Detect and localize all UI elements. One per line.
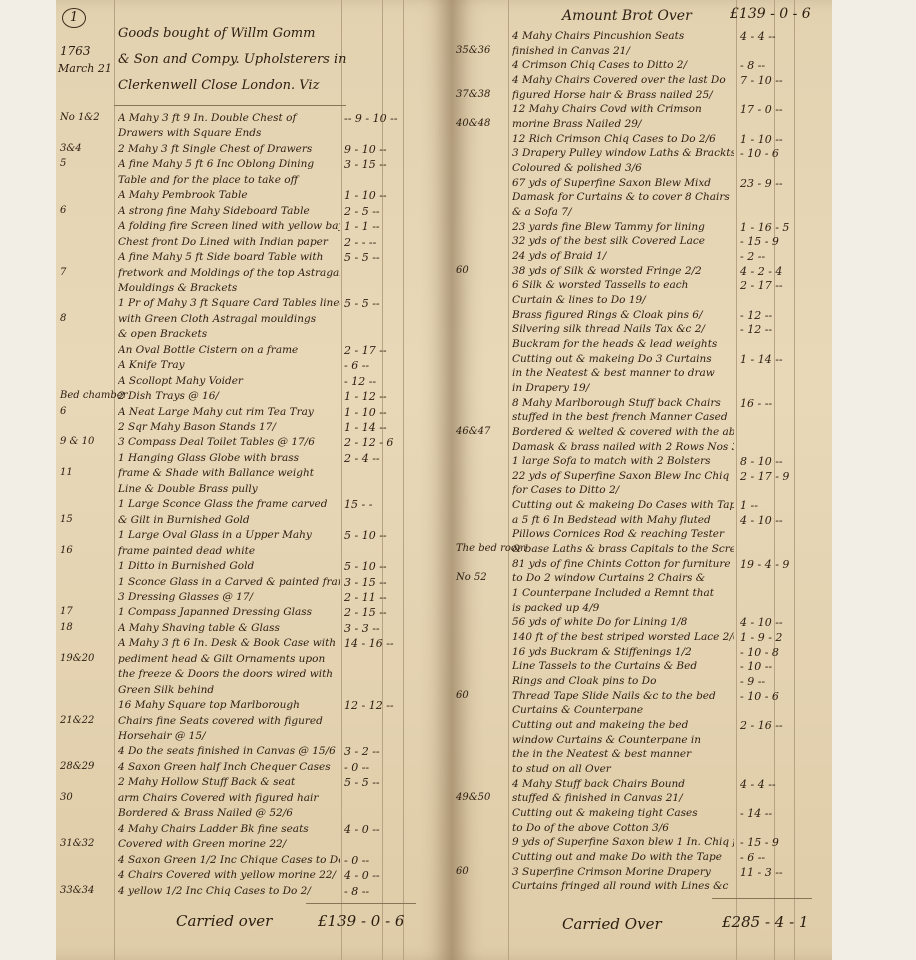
item-description: for Cases to Ditto 2/ bbox=[512, 484, 734, 497]
item-description: 4 Saxon Green 1/2 Inc Chique Cases to Do bbox=[118, 854, 340, 867]
pence-rule bbox=[794, 0, 795, 960]
item-description: Table and for the place to take off bbox=[118, 174, 340, 187]
item-description: 38 yds of Silk & worsted Fringe 2/2 bbox=[512, 265, 734, 278]
margin-note: 60 bbox=[456, 690, 469, 701]
item-description: 56 yds of white Do for Lining 1/8 bbox=[512, 616, 734, 629]
item-amount: 23 - 9 -- bbox=[740, 177, 783, 190]
pounds-rule bbox=[341, 0, 342, 960]
item-description: 1 Hanging Glass Globe with brass bbox=[118, 452, 340, 465]
margin-note: 60 bbox=[456, 265, 469, 276]
item-description: Green Silk behind bbox=[118, 684, 340, 697]
item-amount: 3 - 15 -- bbox=[344, 576, 387, 589]
item-description: fretwork and Moldings of the top Astraga… bbox=[118, 267, 340, 280]
item-description: A Mahy Shaving table & Glass bbox=[118, 622, 340, 635]
item-amount: 2 - 5 -- bbox=[344, 205, 380, 218]
item-description: 1 Large Oval Glass in a Upper Mahy bbox=[118, 529, 340, 542]
item-amount: 5 - 10 -- bbox=[344, 560, 387, 573]
sum-line bbox=[306, 903, 416, 904]
item-description: Horsehair @ 15/ bbox=[118, 730, 340, 743]
item-amount: - 12 -- bbox=[740, 323, 772, 336]
item-amount: 2 - 15 -- bbox=[344, 606, 387, 619]
item-amount: - 10 - 6 bbox=[740, 690, 779, 703]
item-description: 3 Dressing Glasses @ 17/ bbox=[118, 591, 340, 604]
item-amount: 4 - 4 -- bbox=[740, 30, 776, 43]
brought-over-amount: £139 - 0 - 6 bbox=[730, 6, 811, 22]
item-description: Line Tassels to the Curtains & Bed bbox=[512, 660, 734, 673]
item-description: 1 Pr of Mahy 3 ft Square Card Tables lin… bbox=[118, 297, 340, 310]
item-amount: - 10 - 6 bbox=[740, 147, 779, 160]
item-amount: - 12 -- bbox=[344, 375, 376, 388]
margin-note: 33&34 bbox=[60, 885, 94, 896]
item-description: 81 yds of fine Chints Cotton for furnitu… bbox=[512, 558, 734, 571]
item-amount: - 10 -- bbox=[740, 660, 772, 673]
heading-line-1: Goods bought of Willm Gomm bbox=[118, 26, 315, 41]
entry-year: 1763 bbox=[60, 44, 91, 58]
item-description: Curtains fringed all round with Lines &c bbox=[512, 880, 734, 893]
item-description: 1 Sconce Glass in a Carved & painted fra… bbox=[118, 576, 340, 589]
item-amount: - 8 -- bbox=[344, 885, 369, 898]
item-description: Covered with Green morine 22/ bbox=[118, 838, 340, 851]
item-amount: - 15 - 9 bbox=[740, 235, 779, 248]
margin-note: 19&20 bbox=[60, 653, 94, 664]
item-amount: 8 - 10 -- bbox=[740, 455, 783, 468]
item-description: to Do 2 window Curtains 2 Chairs & bbox=[512, 572, 734, 585]
item-description: 2 Sqr Mahy Bason Stands 17/ bbox=[118, 421, 340, 434]
item-description: A Mahy Pembrook Table bbox=[118, 189, 340, 202]
item-amount: 3 - 15 -- bbox=[344, 158, 387, 171]
item-description: A Mahy 3 ft 6 In. Desk & Book Case with bbox=[118, 637, 340, 650]
item-description: Bordered & Brass Nailed @ 52/6 bbox=[118, 807, 340, 820]
item-description: Curtains & Counterpane bbox=[512, 704, 734, 717]
item-description: 67 yds of Superfine Saxon Blew Mixd bbox=[512, 177, 734, 190]
item-description: 1 large Sofa to match with 2 Bolsters bbox=[512, 455, 734, 468]
item-amount: 5 - 10 -- bbox=[344, 529, 387, 542]
margin-note: 17 bbox=[60, 606, 73, 617]
item-description: A Neat Large Mahy cut rim Tea Tray bbox=[118, 406, 340, 419]
right-page: Amount Brot Over £139 - 0 - 6 4 Mahy Cha… bbox=[452, 0, 832, 960]
margin-note: 15 bbox=[60, 514, 73, 525]
item-amount: 5 - 5 -- bbox=[344, 251, 380, 264]
left-page: 1 1763 March 21 Goods bought of Willm Go… bbox=[56, 0, 452, 960]
item-description: 8 Mahy Marlborough Stuff back Chairs bbox=[512, 397, 734, 410]
item-description: in the Neatest & best manner to draw bbox=[512, 367, 734, 380]
margin-rule bbox=[114, 0, 115, 960]
item-description: frame & Shade with Ballance weight bbox=[118, 467, 340, 480]
item-description: A fine Mahy 5 ft Side board Table with bbox=[118, 251, 340, 264]
margin-note: 35&36 bbox=[456, 45, 490, 56]
item-description: Buckram for the heads & lead weights bbox=[512, 338, 734, 351]
item-description: 4 Mahy Chairs Covered over the last Do bbox=[512, 74, 734, 87]
item-description: the in the Neatest & best manner bbox=[512, 748, 734, 761]
item-amount: 2 - 16 -- bbox=[740, 719, 783, 732]
item-description: pediment head & Gilt Ornaments upon bbox=[118, 653, 340, 666]
margin-note: 49&50 bbox=[456, 792, 490, 803]
entry-date: March 21 bbox=[58, 62, 112, 75]
item-description: 23 yards fine Blew Tammy for lining bbox=[512, 221, 734, 234]
item-description: 140 ft of the best striped worsted Lace … bbox=[512, 631, 734, 644]
margin-note: 9 & 10 bbox=[60, 436, 94, 447]
margin-note: No 52 bbox=[456, 572, 487, 583]
item-description: & open Brackets bbox=[118, 328, 340, 341]
item-description: & Gilt in Burnished Gold bbox=[118, 514, 340, 527]
item-description: 22 yds of Superfine Saxon Blew Inc Chiq bbox=[512, 470, 734, 483]
item-amount: 3 - 3 -- bbox=[344, 622, 380, 635]
item-description: & base Laths & brass Capitals to the Scr… bbox=[512, 543, 734, 556]
item-amount: 15 - - bbox=[344, 498, 372, 511]
item-amount: - 9 -- bbox=[740, 675, 765, 688]
item-description: 4 Mahy Chairs Ladder Bk fine seats bbox=[118, 823, 340, 836]
margin-note: 28&29 bbox=[60, 761, 94, 772]
item-description: 12 Rich Crimson Chiq Cases to Do 2/6 bbox=[512, 133, 734, 146]
item-amount: - 8 -- bbox=[740, 59, 765, 72]
item-description: 1 Compass Japanned Dressing Glass bbox=[118, 606, 340, 619]
item-description: 3 Superfine Crimson Morine Drapery bbox=[512, 866, 734, 879]
pence-rule bbox=[403, 0, 404, 960]
item-description: Cutting out & makeing Do 3 Curtains bbox=[512, 353, 734, 366]
page-number: 1 bbox=[62, 8, 86, 28]
item-description: 3 Drapery Pulley window Laths & Brackts bbox=[512, 147, 734, 160]
margin-note: 21&22 bbox=[60, 715, 94, 726]
brought-over-label: Amount Brot Over bbox=[562, 8, 692, 24]
item-description: arm Chairs Covered with figured hair bbox=[118, 792, 340, 805]
item-description: the freeze & Doors the doors wired with bbox=[118, 668, 340, 681]
heading-underline bbox=[114, 105, 346, 106]
item-description: 16 Mahy Square top Marlborough bbox=[118, 699, 340, 712]
item-description: Bordered & welted & covered with the abo… bbox=[512, 426, 734, 439]
item-description: A Scollopt Mahy Voider bbox=[118, 375, 340, 388]
item-amount: 1 - 14 -- bbox=[344, 421, 387, 434]
item-description: 4 yellow 1/2 Inc Chiq Cases to Do 2/ bbox=[118, 885, 340, 898]
item-amount: - 2 -- bbox=[740, 250, 765, 263]
item-description: stuffed & finished in Canvas 21/ bbox=[512, 792, 734, 805]
margin-note: 30 bbox=[60, 792, 73, 803]
carried-over-amount: £285 - 4 - 1 bbox=[722, 913, 808, 931]
item-description: figured Horse hair & Brass nailed 25/ bbox=[512, 89, 734, 102]
margin-note: 8 bbox=[60, 313, 66, 324]
item-description: A fine Mahy 5 ft 6 Inc Oblong Dining bbox=[118, 158, 340, 171]
item-description: Line & Double Brass pully bbox=[118, 483, 340, 496]
item-description: Damask & brass nailed with 2 Rows Nos 39 bbox=[512, 441, 734, 454]
item-description: Chairs fine Seats covered with figured bbox=[118, 715, 340, 728]
item-amount: - 14 -- bbox=[740, 807, 772, 820]
item-amount: 9 - 10 -- bbox=[344, 143, 387, 156]
item-description: 2 Mahy 3 ft Single Chest of Drawers bbox=[118, 143, 340, 156]
item-amount: - 10 - 8 bbox=[740, 646, 779, 659]
margin-note: 31&32 bbox=[60, 838, 94, 849]
item-description: A Mahy 3 ft 9 In. Double Chest of bbox=[118, 112, 340, 125]
item-amount: 19 - 4 - 9 bbox=[740, 558, 789, 571]
item-description: 4 Crimson Chiq Cases to Ditto 2/ bbox=[512, 59, 734, 72]
margin-note: 40&48 bbox=[456, 118, 490, 129]
item-amount: 1 - 14 -- bbox=[740, 353, 783, 366]
item-description: 32 yds of the best silk Covered Lace bbox=[512, 235, 734, 248]
margin-note: 11 bbox=[60, 467, 73, 478]
item-amount: -- 9 - 10 -- bbox=[344, 112, 398, 125]
item-description: finished in Canvas 21/ bbox=[512, 45, 734, 58]
margin-note: No 1&2 bbox=[60, 112, 100, 123]
item-description: Pillows Cornices Rod & reaching Tester bbox=[512, 528, 734, 541]
item-description: Cutting out and make Do with the Tape bbox=[512, 851, 734, 864]
item-description: 1 Counterpane Included a Remnt that bbox=[512, 587, 734, 600]
item-description: Chest front Do Lined with Indian paper bbox=[118, 236, 340, 249]
item-description: An Oval Bottle Cistern on a frame bbox=[118, 344, 340, 357]
item-amount: 1 -- bbox=[740, 499, 758, 512]
item-amount: 4 - 0 -- bbox=[344, 869, 380, 882]
margin-note: 37&38 bbox=[456, 89, 490, 100]
item-amount: 2 - 17 -- bbox=[344, 344, 387, 357]
item-description: 4 Mahy Stuff back Chairs Bound bbox=[512, 778, 734, 791]
item-description: Thread Tape Slide Nails &c to the bed bbox=[512, 690, 734, 703]
item-amount: 14 - 16 -- bbox=[344, 637, 394, 650]
margin-note: 3&4 bbox=[60, 143, 82, 154]
item-amount: 4 - 10 -- bbox=[740, 616, 783, 629]
item-description: Rings and Cloak pins to Do bbox=[512, 675, 734, 688]
heading-line-3: Clerkenwell Close London. Viz bbox=[118, 78, 319, 93]
item-description: morine Brass Nailed 29/ bbox=[512, 118, 734, 131]
item-description: 4 Do the seats finished in Canvas @ 15/6 bbox=[118, 745, 340, 758]
item-description: Cutting out & makeing tight Cases bbox=[512, 807, 734, 820]
item-amount: 1 - 12 -- bbox=[344, 390, 387, 403]
item-amount: 12 - 12 -- bbox=[344, 699, 394, 712]
item-description: 4 Chairs Covered with yellow morine 22/ bbox=[118, 869, 340, 882]
margin-note: 60 bbox=[456, 866, 469, 877]
item-description: 1 Ditto in Burnished Gold bbox=[118, 560, 340, 573]
item-amount: 16 - -- bbox=[740, 397, 772, 410]
item-description: 12 Mahy Chairs Covd with Crimson bbox=[512, 103, 734, 116]
item-description: 2 Dish Trays @ 16/ bbox=[118, 390, 340, 403]
item-amount: 2 - - -- bbox=[344, 236, 376, 249]
item-amount: 2 - 4 -- bbox=[344, 452, 380, 465]
item-description: Drawers with Square Ends bbox=[118, 127, 340, 140]
item-amount: 2 - 11 -- bbox=[344, 591, 387, 604]
ledger-book: 1 1763 March 21 Goods bought of Willm Go… bbox=[56, 0, 866, 960]
item-description: A strong fine Mahy Sideboard Table bbox=[118, 205, 340, 218]
item-amount: 2 - 17 - 9 bbox=[740, 470, 789, 483]
item-description: frame painted dead white bbox=[118, 545, 340, 558]
item-description: 2 Mahy Hollow Stuff Back & seat bbox=[118, 776, 340, 789]
item-amount: 4 - 10 -- bbox=[740, 514, 783, 527]
sum-line bbox=[712, 898, 812, 899]
item-amount: - 12 -- bbox=[740, 309, 772, 322]
heading-line-2: & Son and Compy. Upholsterers in bbox=[118, 52, 347, 67]
item-description: 1 Large Sconce Glass the frame carved bbox=[118, 498, 340, 511]
item-description: stuffed in the best french Manner Cased bbox=[512, 411, 734, 424]
item-amount: 5 - 5 -- bbox=[344, 776, 380, 789]
item-description: with Green Cloth Astragal mouldings bbox=[118, 313, 340, 326]
item-amount: 1 - 16 - 5 bbox=[740, 221, 789, 234]
item-description: Damask for Curtains & to cover 8 Chairs bbox=[512, 191, 734, 204]
item-description: a 5 ft 6 In Bedstead with Mahy fluted bbox=[512, 514, 734, 527]
item-description: Silvering silk thread Nails Tax &c 2/ bbox=[512, 323, 734, 336]
item-description: 4 Saxon Green half Inch Chequer Cases bbox=[118, 761, 340, 774]
item-amount: 1 - 9 - 2 bbox=[740, 631, 782, 644]
pounds-rule bbox=[736, 0, 737, 960]
item-description: 3 Compass Deal Toilet Tables @ 17/6 bbox=[118, 436, 340, 449]
item-description: is packed up 4/9 bbox=[512, 602, 734, 615]
item-description: window Curtains & Counterpane in bbox=[512, 734, 734, 747]
item-description: 4 Mahy Chairs Pincushion Seats bbox=[512, 30, 734, 43]
margin-note: 5 bbox=[60, 158, 66, 169]
item-amount: 1 - 10 -- bbox=[344, 189, 387, 202]
item-amount: 5 - 5 -- bbox=[344, 297, 380, 310]
item-description: 16 yds Buckram & Stiffenings 1/2 bbox=[512, 646, 734, 659]
item-amount: 1 - 10 -- bbox=[740, 133, 783, 146]
item-amount: - 0 -- bbox=[344, 761, 369, 774]
item-description: in Drapery 19/ bbox=[512, 382, 734, 395]
item-amount: 1 - 10 -- bbox=[344, 406, 387, 419]
item-amount: 4 - 0 -- bbox=[344, 823, 380, 836]
margin-note: 7 bbox=[60, 267, 66, 278]
item-amount: - 6 -- bbox=[740, 851, 765, 864]
margin-note: 6 bbox=[60, 205, 66, 216]
item-description: Curtain & lines to Do 19/ bbox=[512, 294, 734, 307]
item-amount: - 0 -- bbox=[344, 854, 369, 867]
item-amount: 17 - 0 -- bbox=[740, 103, 783, 116]
carried-over-amount: £139 - 0 - 6 bbox=[318, 912, 404, 930]
margin-note: 46&47 bbox=[456, 426, 490, 437]
item-amount: 2 - 12 - 6 bbox=[344, 436, 393, 449]
item-description: Cutting out and makeing the bed bbox=[512, 719, 734, 732]
margin-note: 16 bbox=[60, 545, 73, 556]
item-amount: 11 - 3 -- bbox=[740, 866, 783, 879]
carried-over-label: Carried Over bbox=[562, 915, 662, 933]
item-description: to Do of the above Cotton 3/6 bbox=[512, 822, 734, 835]
item-description: Mouldings & Brackets bbox=[118, 282, 340, 295]
item-description: Coloured & polished 3/6 bbox=[512, 162, 734, 175]
item-amount: 1 - 1 -- bbox=[344, 220, 380, 233]
item-amount: 2 - 17 -- bbox=[740, 279, 783, 292]
item-description: 9 yds of Superfine Saxon blew 1 In. Chiq… bbox=[512, 836, 734, 849]
item-description: 6 Silk & worsted Tassells to each bbox=[512, 279, 734, 292]
item-description: Brass figured Rings & Cloak pins 6/ bbox=[512, 309, 734, 322]
item-description: & a Sofa 7/ bbox=[512, 206, 734, 219]
item-description: to stud on all Over bbox=[512, 763, 734, 776]
item-description: A folding fire Screen lined with yellow … bbox=[118, 220, 340, 233]
item-description: A Knife Tray bbox=[118, 359, 340, 372]
item-amount: - 6 -- bbox=[344, 359, 369, 372]
item-description: 24 yds of Braid 1/ bbox=[512, 250, 734, 263]
item-amount: - 15 - 9 bbox=[740, 836, 779, 849]
item-description: Cutting out & makeing Do Cases with Tape bbox=[512, 499, 734, 512]
item-amount: 4 - 4 -- bbox=[740, 778, 776, 791]
margin-note: 6 bbox=[60, 406, 66, 417]
margin-rule bbox=[508, 0, 509, 960]
item-amount: 4 - 2 - 4 bbox=[740, 265, 782, 278]
margin-note: 18 bbox=[60, 622, 73, 633]
item-amount: 7 - 10 -- bbox=[740, 74, 783, 87]
carried-over-label: Carried over bbox=[176, 912, 272, 930]
item-amount: 3 - 2 -- bbox=[344, 745, 380, 758]
